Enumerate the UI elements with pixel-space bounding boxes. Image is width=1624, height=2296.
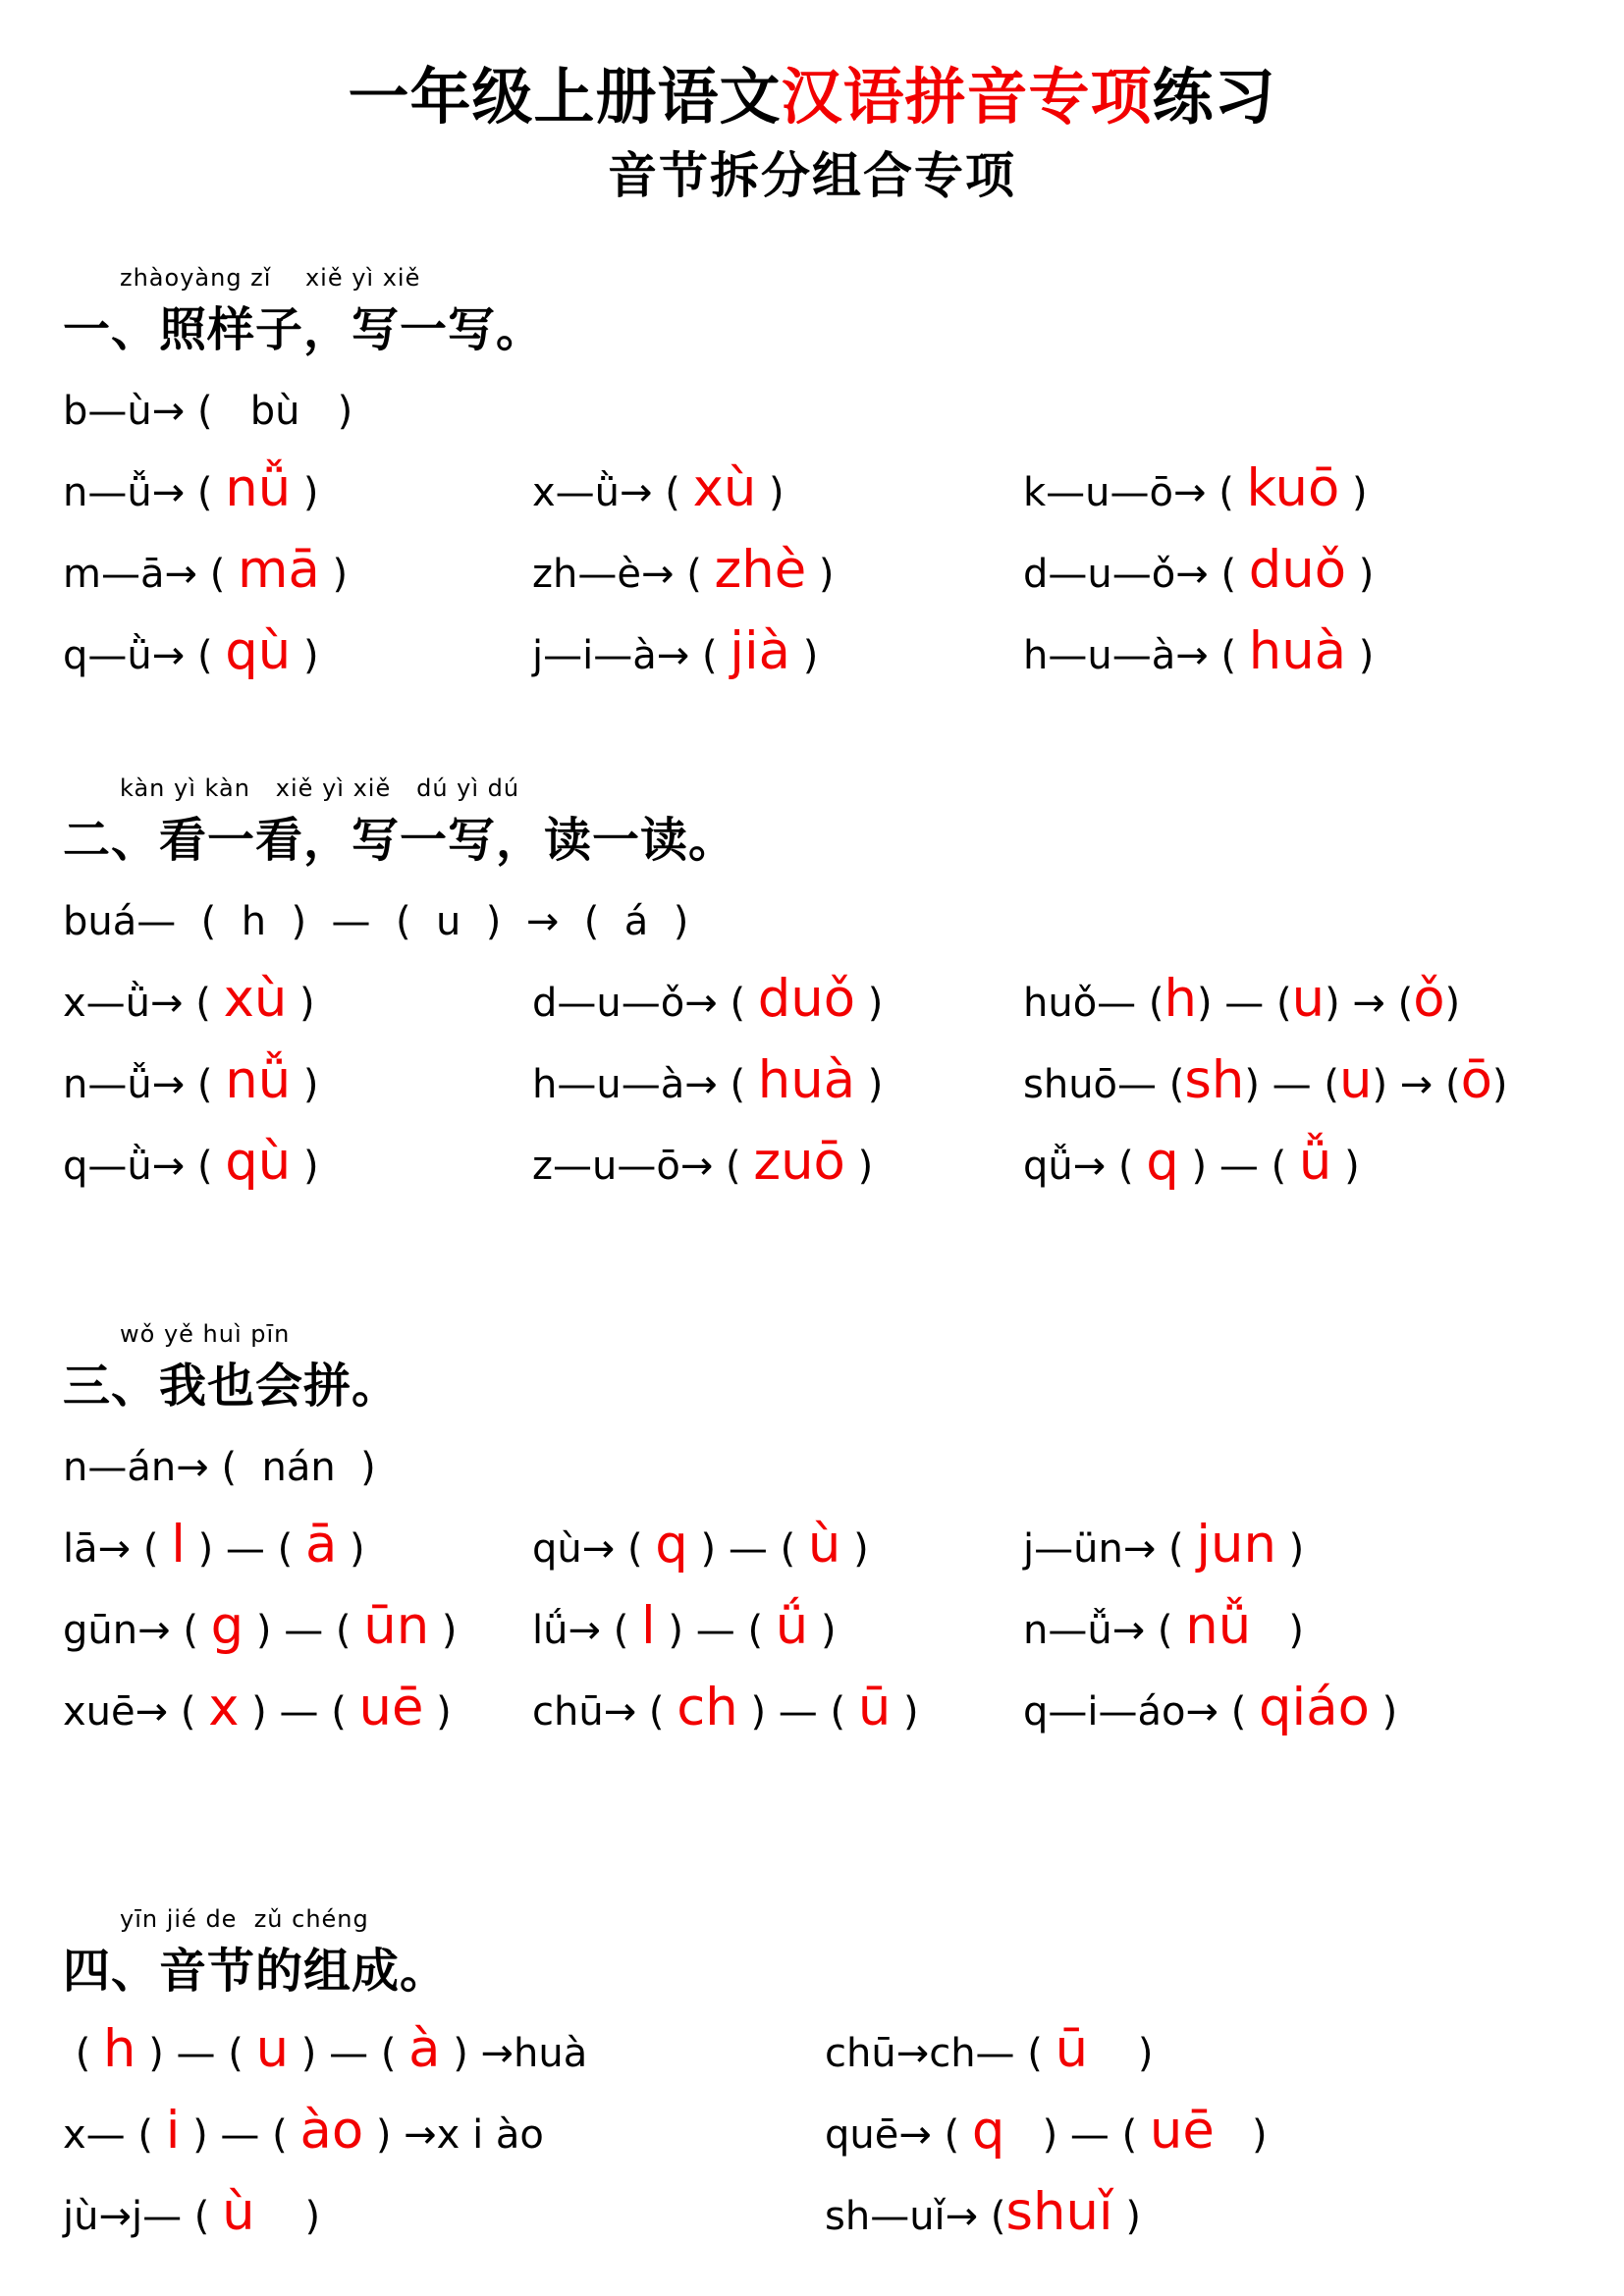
exercise-item: ( h ) — ( u ) — ( à ) →huà — [63, 2024, 825, 2082]
exercise-item: gūn→ ( g ) — ( ūn ) — [63, 1601, 532, 1659]
answer-text: ǘ — [776, 1596, 808, 1656]
exercise-item: q—ǜ→ ( qù ) — [63, 626, 532, 684]
printed-text: ) — ( — [656, 1608, 776, 1653]
exercise-item: x— ( i ) — ( ào ) →x i ào — [63, 2106, 825, 2163]
exercise-item: h—u—à→ ( huà ) — [1023, 626, 1374, 684]
printed-text: buá— ( h ) — ( u ) → ( á ) — [63, 899, 688, 944]
answer-text: ào — [299, 2101, 363, 2161]
printed-text: gūn→ ( — [63, 1608, 211, 1653]
exercise-item: j—i—à→ ( jià ) — [532, 626, 1023, 684]
exercise-item: lā→ ( l ) — ( ā ) — [63, 1520, 532, 1577]
exercise-item: x—ǜ→ ( xù ) — [63, 974, 532, 1032]
printed-text: ) →huà — [441, 2031, 588, 2076]
printed-text: ) — [806, 552, 834, 597]
printed-text: chū→ ( — [532, 1689, 677, 1735]
printed-text: quē→ ( — [825, 2112, 972, 2158]
printed-text: ) — [1088, 2031, 1153, 2076]
printed-text: n—ǚ→ ( — [1023, 1608, 1185, 1653]
printed-text: ) — ( — [136, 2031, 256, 2076]
exercise-row: q—ǜ→ ( qù )z—u—ō→ ( zuō )qǚ→ ( q ) — ( ǚ… — [63, 1137, 1561, 1195]
answer-text: ù — [808, 1515, 840, 1575]
sections-container: zhàoyàng zǐ xiě yì xiě一、照样子，写一写。b—ù→ ( b… — [63, 264, 1561, 2245]
worksheet-page: 一年级上册语文汉语拼音专项练习 音节拆分组合专项 zhàoyàng zǐ xiě… — [0, 0, 1624, 2284]
answer-text: q — [655, 1515, 688, 1575]
answer-text: u — [256, 2019, 289, 2079]
printed-text: ) — ( — [1179, 1144, 1299, 1189]
answer-text: u — [1292, 969, 1325, 1029]
printed-text: shuō— ( — [1023, 1062, 1184, 1107]
exercise-item: huǒ— (h) — (u) → (ǒ) — [1023, 974, 1460, 1032]
section-heading: 二、看一看，写一写，读一读。 — [63, 802, 1561, 870]
printed-text: lǘ→ ( — [532, 1608, 641, 1653]
printed-text: d—u—ǒ→ ( — [532, 981, 758, 1026]
printed-text: ) — [891, 1689, 918, 1735]
exercise-row: m—ā→ ( mā )zh—è→ ( zhè )d—u—ǒ→ ( duǒ ) — [63, 545, 1561, 603]
printed-text: ) — [291, 1144, 318, 1189]
answer-text: ch — [677, 1678, 738, 1737]
title-highlight: 汉语拼音专项 — [781, 61, 1152, 133]
answer-text: qù — [225, 621, 291, 681]
exercise-item: qù→ ( q ) — ( ù ) — [532, 1520, 1023, 1577]
printed-text: ) →x i ào — [363, 2112, 544, 2158]
printed-text: q—ǜ→ ( — [63, 633, 225, 678]
exercise-row: xuē→ ( x ) — ( uē )chū→ ( ch ) — ( ū )q—… — [63, 1682, 1561, 1740]
exercise-item: h—u—à→ ( huà ) — [532, 1055, 1023, 1113]
answer-text: h — [1164, 969, 1197, 1029]
printed-text: ) — ( — [1244, 1062, 1339, 1107]
printed-text: lā→ ( — [63, 1526, 171, 1572]
exercise-item: n—ǚ→ ( nǚ ) — [63, 1055, 532, 1113]
printed-text: qǚ→ ( — [1023, 1144, 1146, 1189]
exercise-item: chū→ch— ( ū ) — [825, 2024, 1154, 2082]
section-3: wǒ yě huì pīn三、我也会拼。n—án→ ( nán )lā→ ( l… — [63, 1320, 1561, 1740]
printed-text: ) — [840, 1526, 868, 1572]
printed-text: q—ǜ→ ( — [63, 1144, 225, 1189]
printed-text: ( — [63, 2031, 103, 2076]
printed-text: zh—è→ ( — [532, 552, 715, 597]
printed-text: ) — [1492, 1062, 1508, 1107]
printed-text: ) — ( — [1004, 2112, 1150, 2158]
printed-text: ) — ( — [688, 1526, 808, 1572]
exercise-item: d—u—ǒ→ ( duǒ ) — [1023, 545, 1374, 603]
answer-text: jià — [730, 621, 790, 681]
exercise-item: z—u—ō→ ( zuō ) — [532, 1137, 1023, 1195]
printed-text: x—ǜ→ ( — [532, 470, 693, 515]
answer-text: i — [166, 2101, 181, 2161]
printed-text: ) — [1346, 552, 1374, 597]
printed-text: n—án→ ( nán ) — [63, 1445, 376, 1490]
printed-text: ) — [291, 470, 318, 515]
printed-text: ) — [1346, 633, 1374, 678]
printed-text: ) — [1331, 1144, 1359, 1189]
answer-text: u — [1339, 1050, 1372, 1110]
printed-text: jù→j— ( — [63, 2194, 222, 2239]
exercise-row: x—ǜ→ ( xù )d—u—ǒ→ ( duǒ )huǒ— (h) — (u) … — [63, 974, 1561, 1032]
answer-text: duǒ — [1249, 540, 1346, 600]
printed-text: ) — ( — [180, 2112, 299, 2158]
printed-text: xuē→ ( — [63, 1689, 208, 1735]
answer-text: ūn — [363, 1596, 429, 1656]
printed-text: ) — ( — [239, 1689, 358, 1735]
printed-text: j—ün→ ( — [1023, 1526, 1196, 1572]
printed-text: ) — [423, 1689, 451, 1735]
printed-text: ) — ( — [738, 1689, 858, 1735]
exercise-item: shuō— (sh) — (u) → (ō) — [1023, 1055, 1508, 1113]
section-1: zhàoyàng zǐ xiě yì xiě一、照样子，写一写。b—ù→ ( b… — [63, 264, 1561, 684]
printed-text: ) — [855, 1062, 883, 1107]
answer-text: l — [171, 1515, 186, 1575]
answer-text: à — [408, 2019, 440, 2079]
answer-text: nǚ — [1185, 1596, 1251, 1656]
printed-text: ) — [756, 470, 784, 515]
answer-text: qiáo — [1259, 1678, 1370, 1737]
exercise-item: b—ù→ ( bù ) — [63, 383, 352, 440]
section-pinyin: yīn jié de zǔ chéng — [120, 1905, 1561, 1933]
printed-text: k—u—ō→ ( — [1023, 470, 1247, 515]
printed-text: ) — ( — [244, 1608, 363, 1653]
answer-text: q — [1146, 1132, 1179, 1192]
exercise-row: n—ǚ→ ( nǚ )h—u—à→ ( huà )shuō— (sh) — (u… — [63, 1055, 1561, 1113]
answer-text: x — [208, 1678, 239, 1737]
answer-text: zhè — [715, 540, 807, 600]
printed-text: ) — [1370, 1689, 1397, 1735]
section-heading: 三、我也会拼。 — [63, 1348, 1561, 1415]
answer-text: mā — [238, 540, 320, 600]
answer-text: zuō — [753, 1132, 844, 1192]
exercise-item: q—i—áo→ ( qiáo ) — [1023, 1682, 1397, 1740]
printed-text: chū→ch— ( — [825, 2031, 1056, 2076]
answer-text: uē — [1150, 2101, 1215, 2161]
printed-text: x—ǜ→ ( — [63, 981, 224, 1026]
printed-text: n—ǚ→ ( — [63, 1062, 225, 1107]
printed-text: h—u—à→ ( — [1023, 633, 1249, 678]
printed-text: b—ù→ ( bù ) — [63, 389, 352, 434]
exercise-row: ( h ) — ( u ) — ( à ) →huàchū→ch— ( ū ) — [63, 2024, 1561, 2082]
printed-text: ) — [1215, 2112, 1268, 2158]
answer-text: qù — [225, 1132, 291, 1192]
answer-text: h — [103, 2019, 135, 2079]
answer-text: ǚ — [1299, 1132, 1331, 1192]
page-subtitle: 音节拆分组合专项 — [63, 136, 1561, 207]
printed-text: d—u—ǒ→ ( — [1023, 552, 1249, 597]
printed-text: ) — [287, 981, 314, 1026]
answer-text: sh — [1184, 1050, 1244, 1110]
printed-text: ) — [1251, 1608, 1304, 1653]
exercise-item: sh—uǐ→ (shuǐ ) — [825, 2187, 1141, 2245]
printed-text: q—i—áo→ ( — [1023, 1689, 1259, 1735]
exercise-item: d—u—ǒ→ ( duǒ ) — [532, 974, 1023, 1032]
printed-text: ) — [337, 1526, 364, 1572]
section-pinyin: zhàoyàng zǐ xiě yì xiě — [120, 264, 1561, 292]
printed-text: ) → ( — [1325, 981, 1413, 1026]
printed-text: ) — [255, 2194, 320, 2239]
exercise-item: buá— ( h ) — ( u ) → ( á ) — [63, 893, 688, 950]
exercise-row: n—ǚ→ ( nǚ )x—ǜ→ ( xù )k—u—ō→ ( kuō ) — [63, 463, 1561, 521]
exercise-item: n—án→ ( nán ) — [63, 1439, 376, 1496]
exercise-item: zh—è→ ( zhè ) — [532, 545, 1023, 603]
printed-text: ) — ( — [186, 1526, 305, 1572]
printed-text: sh—uǐ→ ( — [825, 2194, 1006, 2239]
answer-text: ō — [1461, 1050, 1492, 1110]
printed-text: ) — [790, 633, 818, 678]
printed-text: n—ǚ→ ( — [63, 470, 225, 515]
answer-text: nǚ — [225, 458, 291, 518]
exercise-item: k—u—ō→ ( kuō ) — [1023, 463, 1368, 521]
printed-text: z—u—ō→ ( — [532, 1144, 753, 1189]
page-title: 一年级上册语文汉语拼音专项练习 — [63, 65, 1561, 131]
exercise-item: jù→j— ( ù ) — [63, 2187, 825, 2245]
answer-text: huà — [1249, 621, 1346, 681]
answer-text: huà — [758, 1050, 855, 1110]
printed-text: ) — [320, 552, 348, 597]
printed-text: x— ( — [63, 2112, 166, 2158]
printed-text: ) — [291, 1062, 318, 1107]
exercise-item: lǘ→ ( l ) — ( ǘ ) — [532, 1601, 1023, 1659]
answer-text: ǒ — [1413, 969, 1444, 1029]
answer-text: q — [972, 2101, 1005, 2161]
printed-text: ) — [429, 1608, 457, 1653]
printed-text: ) — ( — [289, 2031, 408, 2076]
answer-text: ù — [222, 2182, 254, 2242]
printed-text: h—u—à→ ( — [532, 1062, 758, 1107]
section-4: yīn jié de zǔ chéng四、音节的组成。 ( h ) — ( u … — [63, 1905, 1561, 2245]
printed-text: ) — [855, 981, 883, 1026]
answer-text: xù — [224, 969, 288, 1029]
answer-text: jun — [1196, 1515, 1276, 1575]
section-pinyin: wǒ yě huì pīn — [120, 1320, 1561, 1348]
exercise-item: q—ǜ→ ( qù ) — [63, 1137, 532, 1195]
exercise-row: n—án→ ( nán ) — [63, 1439, 1561, 1496]
exercise-item: j—ün→ ( jun ) — [1023, 1520, 1304, 1577]
printed-text: ) — [808, 1608, 836, 1653]
printed-text: huǒ— ( — [1023, 981, 1164, 1026]
exercise-row: q—ǜ→ ( qù )j—i—à→ ( jià )h—u—à→ ( huà ) — [63, 626, 1561, 684]
answer-text: ū — [858, 1678, 891, 1737]
exercise-item: xuē→ ( x ) — ( uē ) — [63, 1682, 532, 1740]
exercise-row: buá— ( h ) — ( u ) → ( á ) — [63, 893, 1561, 950]
exercise-row: lā→ ( l ) — ( ā )qù→ ( q ) — ( ù )j—ün→ … — [63, 1520, 1561, 1577]
exercise-row: x— ( i ) — ( ào ) →x i àoquē→ ( q ) — ( … — [63, 2106, 1561, 2163]
printed-text: ) — [1339, 470, 1367, 515]
printed-text: ) — ( — [1197, 981, 1292, 1026]
answer-text: l — [641, 1596, 656, 1656]
answer-text: ā — [305, 1515, 337, 1575]
exercise-item: n—ǚ→ ( nǚ ) — [63, 463, 532, 521]
answer-text: kuō — [1247, 458, 1340, 518]
section-pinyin: kàn yì kàn xiě yì xiě dú yì dú — [120, 774, 1561, 802]
section-heading: 四、音节的组成。 — [63, 1933, 1561, 2001]
exercise-item: x—ǜ→ ( xù ) — [532, 463, 1023, 521]
printed-text: qù→ ( — [532, 1526, 655, 1572]
title-text-pre: 一年级上册语文 — [348, 61, 781, 133]
answer-text: ū — [1056, 2019, 1088, 2079]
printed-text: j—i—à→ ( — [532, 633, 730, 678]
printed-text: ) — [1445, 981, 1461, 1026]
printed-text: m—ā→ ( — [63, 552, 238, 597]
exercise-item: quē→ ( q ) — ( uē ) — [825, 2106, 1268, 2163]
exercise-row: jù→j— ( ù )sh—uǐ→ (shuǐ ) — [63, 2187, 1561, 2245]
answer-text: shuǐ — [1006, 2182, 1113, 2242]
printed-text: ) — [291, 633, 318, 678]
answer-text: g — [211, 1596, 244, 1656]
exercise-row: gūn→ ( g ) — ( ūn )lǘ→ ( l ) — ( ǘ )n—ǚ→… — [63, 1601, 1561, 1659]
title-text-post: 练习 — [1153, 61, 1276, 133]
printed-text: ) — [845, 1144, 873, 1189]
answer-text: nǚ — [225, 1050, 291, 1110]
answer-text: xù — [693, 458, 757, 518]
printed-text: ) — [1113, 2194, 1141, 2239]
exercise-item: m—ā→ ( mā ) — [63, 545, 532, 603]
section-2: kàn yì kàn xiě yì xiě dú yì dú二、看一看，写一写，… — [63, 774, 1561, 1195]
answer-text: uē — [359, 1678, 424, 1737]
printed-text: ) — [1276, 1526, 1304, 1572]
section-heading: 一、照样子，写一写。 — [63, 292, 1561, 359]
exercise-item: chū→ ( ch ) — ( ū ) — [532, 1682, 1023, 1740]
exercise-row: b—ù→ ( bù ) — [63, 383, 1561, 440]
exercise-item: qǚ→ ( q ) — ( ǚ ) — [1023, 1137, 1360, 1195]
exercise-item: n—ǚ→ ( nǚ ) — [1023, 1601, 1304, 1659]
printed-text: ) → ( — [1372, 1062, 1460, 1107]
answer-text: duǒ — [758, 969, 855, 1029]
